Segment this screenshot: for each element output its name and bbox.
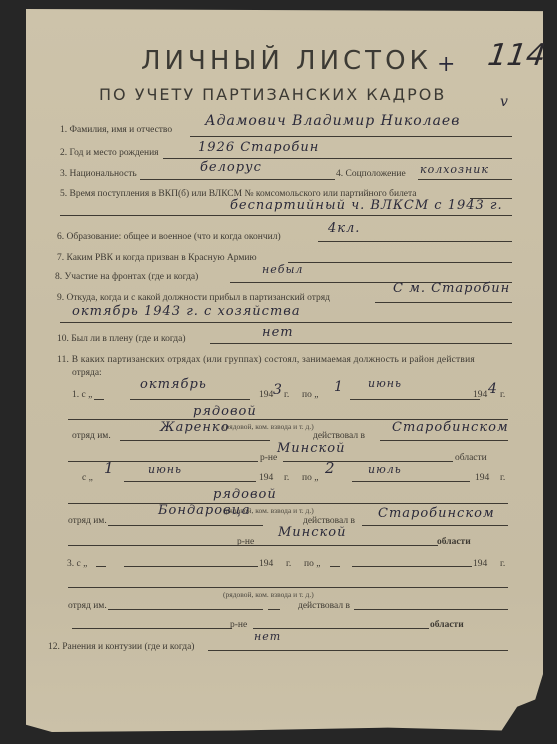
- entry-2-district[interactable]: Старобинском: [378, 506, 495, 521]
- entry-1-to-year-suffix: г.: [500, 390, 505, 400]
- entry-1-district-label: р-не: [260, 453, 277, 463]
- entry-3-year-suffix: г.: [286, 559, 291, 569]
- entry-3-from-year: 194: [259, 559, 273, 569]
- entry-2-to-word: по „: [302, 473, 318, 483]
- entry-1-to-month[interactable]: июнь: [368, 377, 402, 390]
- field-9-line-b: [60, 322, 512, 323]
- entry-1-region-label: области: [455, 453, 487, 463]
- field-9-value-1[interactable]: С м. Старобин: [393, 281, 510, 296]
- entry-2-from-month-line: [124, 481, 256, 482]
- document-subtitle: ПО УЧЕТУ ПАРТИЗАНСКИХ КАДРОВ: [99, 85, 446, 104]
- field-3-label: 3. Национальность: [60, 169, 137, 179]
- entry-1-detachment[interactable]: Жаренко: [160, 420, 230, 435]
- entry-1-from-year: 194: [259, 390, 273, 400]
- entry-3-rne-line-b: [253, 628, 429, 629]
- entry-1-from-month[interactable]: октябрь: [140, 377, 207, 392]
- entry-1-to-day[interactable]: 1: [334, 379, 344, 395]
- entry-1-acted-line: [380, 440, 508, 441]
- entry-2-num: с „: [82, 473, 93, 483]
- field-11-label-cont: отряда:: [72, 368, 102, 378]
- entry-2-from-day[interactable]: 1: [104, 459, 115, 477]
- title-cross-mark: +: [437, 52, 456, 77]
- entry-3-from-month-line: [124, 566, 258, 567]
- field-5-value[interactable]: беспартийный ч. ВЛКСМ с 1943 г.: [230, 198, 503, 213]
- entry-2-rne-line-a: [68, 545, 258, 546]
- entry-2-region-label: области: [437, 537, 471, 547]
- field-1-line: [190, 136, 512, 137]
- field-5-line-b: [60, 215, 512, 216]
- entry-1-detachment-label: отряд им.: [72, 431, 111, 441]
- field-9-value-2[interactable]: октябрь 1943 г. с хозяйства: [72, 304, 301, 319]
- field-12-line: [208, 650, 508, 651]
- entry-3-detachment-label: отряд им.: [68, 601, 107, 611]
- check-mark: v: [500, 94, 509, 110]
- field-2-line: [163, 158, 512, 159]
- field-4-line: [418, 179, 512, 180]
- entry-2-position-line: [68, 503, 508, 504]
- field-7-line: [288, 262, 512, 263]
- field-1-label: 1. Фамилия, имя и отчество: [60, 125, 172, 135]
- entry-1-to-word: по „: [302, 390, 318, 400]
- field-10-value[interactable]: нет: [262, 325, 294, 340]
- entry-3-position-hint: (рядовой, ком. взвода и т. д.): [223, 590, 314, 599]
- field-4-value[interactable]: колхозник: [420, 163, 489, 176]
- archive-number: 114: [486, 38, 548, 73]
- field-9-label: 9. Откуда, когда и с какой должности при…: [57, 293, 330, 303]
- field-12-label: 12. Ранения и контузии (где и когда): [48, 642, 194, 652]
- field-2-label: 2. Год и место рождения: [60, 148, 159, 158]
- entry-2-to-month-line: [352, 481, 470, 482]
- field-8-value[interactable]: небыл: [262, 263, 303, 276]
- entry-3-district-label: р-не: [230, 620, 247, 630]
- entry-3-region-label: области: [430, 620, 464, 630]
- field-1-value[interactable]: Адамович Владимир Николаев: [205, 113, 460, 129]
- entry-2-detachment-label: отряд им.: [68, 516, 107, 526]
- field-12-value[interactable]: нет: [254, 630, 281, 643]
- field-4-label: 4. Соцположение: [336, 169, 406, 179]
- entry-3-position-line: [68, 587, 508, 588]
- field-6-value[interactable]: 4кл.: [328, 221, 360, 236]
- field-6-label: 6. Образование: общее и военное (что и к…: [57, 232, 281, 242]
- entry-1-detachment-line: [120, 440, 270, 441]
- entry-2-year-suffix: г.: [284, 473, 289, 483]
- entry-1-region[interactable]: Минской: [277, 441, 346, 456]
- entry-2-to-month[interactable]: июль: [368, 463, 402, 476]
- entry-3-acted-line: [354, 609, 508, 610]
- field-3-line: [140, 179, 335, 180]
- entry-2-to-day[interactable]: 2: [325, 459, 336, 477]
- entry-1-from-year-digit[interactable]: 3: [273, 382, 283, 398]
- entry-2-from-year: 194: [259, 473, 273, 483]
- entry-2-region[interactable]: Минской: [278, 525, 347, 540]
- entry-2-to-year: 194: [475, 473, 489, 483]
- entry-3-num: 3. с „: [67, 559, 87, 569]
- entry-1-position-hint: (рядовой, ком. взвода и т. д.): [223, 422, 314, 431]
- entry-1-position[interactable]: рядовой: [193, 404, 257, 419]
- entry-1-district[interactable]: Старобинском: [392, 420, 509, 435]
- field-8-label: 8. Участие на фронтах (где и когда): [55, 272, 198, 282]
- field-6-line: [318, 241, 512, 242]
- field-10-line: [210, 343, 512, 344]
- entry-1-acted-label: действовал в: [313, 431, 365, 441]
- field-11-label: 11. В каких партизанских отрядах (или гр…: [57, 355, 475, 365]
- entry-3-to-word: по „: [304, 559, 320, 569]
- field-7-label: 7. Каким РВК и когда призван в Красную А…: [57, 253, 257, 263]
- entry-3-to-year-suffix: г.: [500, 559, 505, 569]
- entry-3-detachment-line: [108, 609, 263, 610]
- entry-2-position[interactable]: рядовой: [213, 487, 277, 502]
- entry-2-detachment[interactable]: Бондаровца: [158, 503, 250, 518]
- entry-1-rne-line-a: [68, 461, 258, 462]
- entry-1-from-month-line: [130, 399, 250, 400]
- field-2-value[interactable]: 1926 Старобин: [198, 140, 319, 155]
- entry-2-acted-line: [362, 525, 508, 526]
- field-9-line-a: [375, 302, 512, 303]
- entry-1-to-month-line: [350, 399, 480, 400]
- entry-2-detachment-line: [108, 525, 263, 526]
- entry-1-num: 1. с „: [72, 390, 92, 400]
- entry-1-rne-line-b: [283, 461, 453, 462]
- entry-3-detachment-line-b: [268, 609, 280, 610]
- entry-1-from-day-line: [94, 399, 104, 400]
- field-3-value[interactable]: белорус: [200, 160, 262, 175]
- entry-3-rne-line-a: [72, 628, 232, 629]
- entry-3-from-day-line: [96, 566, 106, 567]
- entry-2-rne-line-b: [258, 545, 438, 546]
- entry-1-to-year: 194: [473, 390, 487, 400]
- entry-2-from-month[interactable]: июнь: [148, 463, 182, 476]
- entry-3-to-day-line: [330, 566, 340, 567]
- entry-2-district-label: р-не: [237, 537, 254, 547]
- entry-3-acted-label: действовал в: [298, 601, 350, 611]
- field-10-label: 10. Был ли в плену (где и когда): [57, 334, 186, 344]
- entry-2-to-year-suffix: г.: [500, 473, 505, 483]
- entry-1-to-year-digit[interactable]: 4: [488, 381, 498, 397]
- entry-3-to-year: 194: [473, 559, 487, 569]
- entry-3-to-month-line: [352, 566, 472, 567]
- document-title: ЛИЧНЫЙ ЛИСТОК: [141, 46, 432, 76]
- entry-1-year-suffix: г.: [284, 390, 289, 400]
